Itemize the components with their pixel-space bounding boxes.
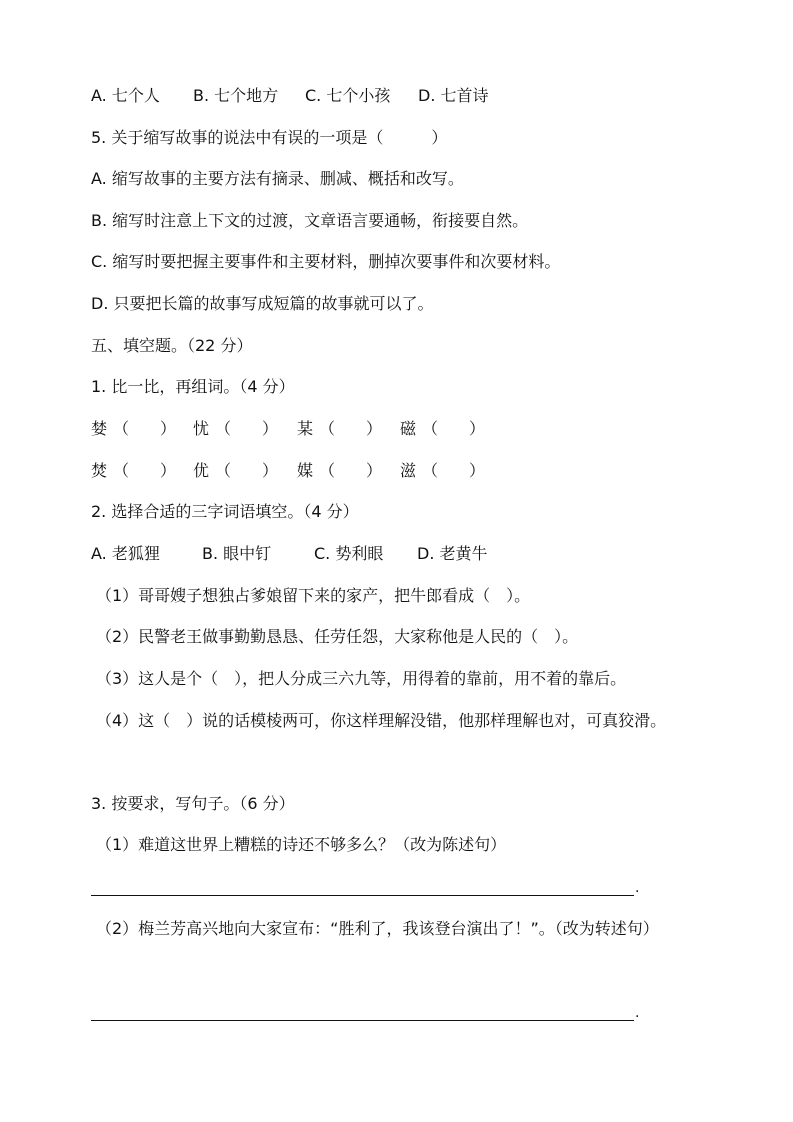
q2-option-b: B. 眼中钉	[202, 544, 271, 564]
char: 忧	[193, 419, 209, 439]
q2-option-c: C. 势利眼	[314, 544, 383, 564]
paren-open: （	[319, 461, 335, 481]
char: 焚	[91, 461, 107, 481]
q5-stem: 5. 关于缩写故事的说法中有误的一项是（ ）	[91, 128, 447, 148]
paren-open: （	[215, 461, 231, 481]
q3-item-1: （1）难道这世界上糟糕的诗还不够多么？（改为陈述句）	[96, 835, 506, 855]
q5-option-b: B. 缩写时注意上下文的过渡，文章语言要通畅，衔接要自然。	[91, 211, 528, 231]
q2-options-row: A. 老狐狸 B. 眼中钉 C. 势利眼 D. 老黄牛	[91, 544, 691, 564]
q5-option-d: D. 只要把长篇的故事写成短篇的故事就可以了。	[91, 294, 434, 314]
section-title: 五、填空题。（22 分）	[91, 336, 252, 356]
q2-option-a: A. 老狐狸	[91, 544, 160, 564]
q4-option-c: C. 七个小孩	[305, 86, 390, 106]
paren-open: （	[215, 419, 231, 439]
q3-stem: 3. 按要求，写句子。（6 分）	[91, 794, 295, 814]
char: 优	[193, 461, 209, 481]
paren-close: ）	[160, 419, 176, 439]
char: 某	[297, 419, 313, 439]
paren-open: （	[422, 461, 438, 481]
q3-item-2: （2）梅兰芳高兴地向大家宣布：“胜利了，我该登台演出了！”。（改为转述句）	[91, 908, 706, 950]
q4-options-row: A. 七个人 B. 七个地方 C. 七个小孩 D. 七首诗	[91, 86, 691, 106]
char: 媒	[297, 461, 313, 481]
char: 滋	[400, 461, 416, 481]
paren-open: （	[113, 461, 129, 481]
paren-open: （	[113, 419, 129, 439]
char: 磁	[400, 419, 416, 439]
q1-row-2: 焚 （ ） 优 （ ） 媒 （ ） 滋 （ ）	[91, 461, 511, 481]
q1-row-1: 婪 （ ） 忧 （ ） 某 （ ） 磁 （ ）	[91, 419, 511, 439]
q2-item-2: （2）民警老王做事勤勤恳恳、任劳任怨，大家称他是人民的（ ）。	[96, 627, 578, 647]
paren-close: ）	[469, 419, 485, 439]
paren-close: ）	[262, 419, 278, 439]
q4-option-d: D. 七首诗	[418, 86, 489, 106]
paren-close: ）	[469, 461, 485, 481]
answer-end-dot-1: .	[635, 880, 639, 896]
q2-item-1: （1）哥哥嫂子想独占爹娘留下来的家产，把牛郎看成（ ）。	[96, 586, 530, 606]
q1-stem: 1. 比一比，再组词。（4 分）	[91, 377, 295, 397]
q2-stem: 2. 选择合适的三字词语填空。（4 分）	[91, 502, 359, 522]
paren-open: （	[422, 419, 438, 439]
paren-close: ）	[366, 419, 382, 439]
answer-end-dot-2: .	[635, 1005, 639, 1021]
q2-item-4: （4）这（ ）说的话模棱两可，你这样理解没错，他那样理解也对，可真狡滑。	[91, 700, 706, 742]
q5-option-c: C. 缩写时要把握主要事件和主要材料，删掉次要事件和次要材料。	[91, 252, 560, 272]
paren-open: （	[319, 419, 335, 439]
q4-option-b: B. 七个地方	[193, 86, 278, 106]
paren-close: ）	[262, 461, 278, 481]
q2-option-d: D. 老黄牛	[417, 544, 488, 564]
char: 婪	[91, 419, 107, 439]
answer-line-2[interactable]	[91, 1020, 634, 1021]
q2-item-3: （3）这人是个（ ），把人分成三六九等，用得着的靠前，用不着的靠后。	[96, 669, 626, 689]
answer-line-1[interactable]	[91, 895, 634, 896]
q5-option-a: A. 缩写故事的主要方法有摘录、删减、概括和改写。	[91, 169, 464, 189]
q4-option-a: A. 七个人	[91, 86, 160, 106]
paren-close: ）	[366, 461, 382, 481]
paren-close: ）	[160, 461, 176, 481]
